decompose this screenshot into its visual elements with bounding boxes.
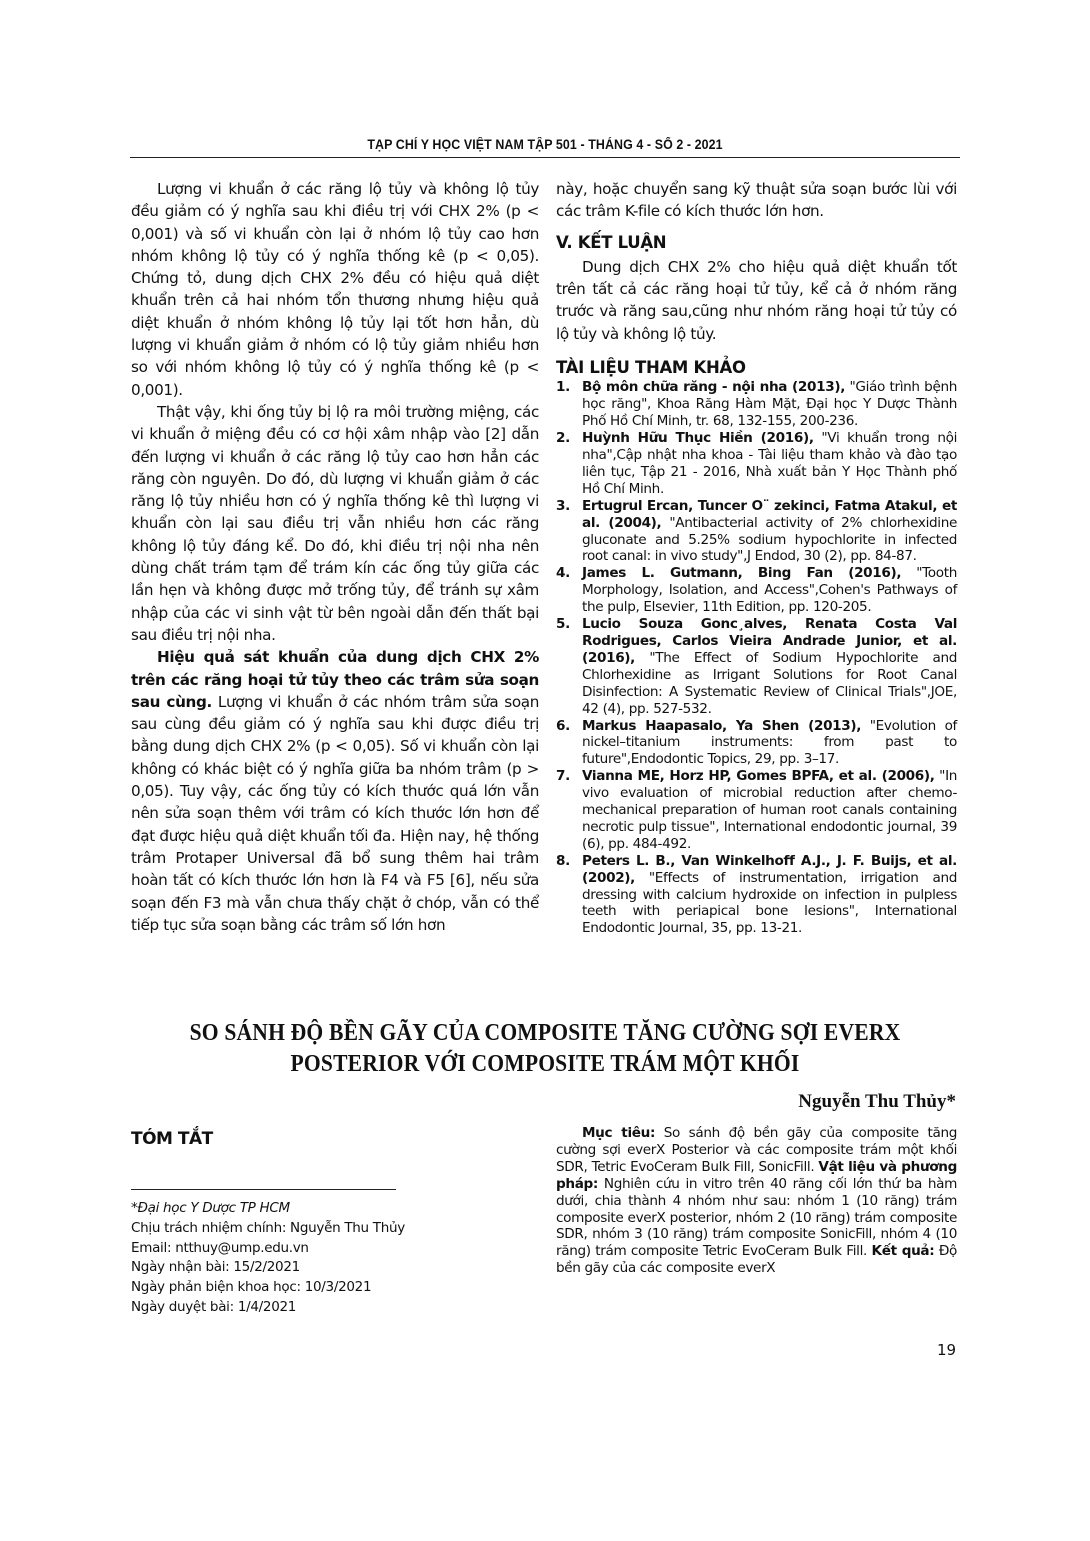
paragraph: Thật vậy, khi ống tủy bị lộ ra môi trườn…: [131, 401, 539, 646]
right-column: này, hoặc chuyển sang kỹ thuật sửa soạn …: [556, 178, 957, 937]
reference-details: "The Effect of Sodium Hypochlorite and C…: [582, 650, 957, 717]
article-title-line: SO SÁNH ĐỘ BỀN GÃY CỦA COMPOSITE TĂNG CƯ…: [181, 1018, 910, 1049]
left-column: Lượng vi khuẩn ở các răng lộ tủy và khôn…: [131, 178, 539, 936]
reference-number: 8.: [556, 853, 570, 870]
running-header: TẠP CHÍ Y HỌC VIỆT NAM TẬP 501 - THÁNG 4…: [163, 137, 927, 152]
paragraph-body: Lượng vi khuẩn ở các nhóm trâm sửa soạn …: [131, 693, 539, 934]
date-received: Ngày nhận bài: 15/2/2021: [131, 1258, 531, 1278]
article-author: Nguyễn Thu Thủy*: [798, 1091, 956, 1113]
reference-number: 3.: [556, 498, 570, 515]
reference-item: 5.Lucio Souza Gonc¸alves, Renata Costa V…: [556, 616, 957, 717]
article-title-line: POSTERIOR VỚI COMPOSITE TRÁM MỘT KHỐI: [181, 1049, 910, 1080]
reference-item: 1.Bộ môn chữa răng - nội nha (2013), "Gi…: [556, 379, 957, 430]
reference-item: 7.Vianna ME, Horz HP, Gomes BPFA, et al.…: [556, 768, 957, 853]
date-accepted: Ngày duyệt bài: 1/4/2021: [131, 1298, 531, 1318]
date-reviewed: Ngày phản biện khoa học: 10/3/2021: [131, 1278, 531, 1298]
reference-authors: James L. Gutmann, Bing Fan (2016),: [582, 565, 901, 581]
journal-page: TẠP CHÍ Y HỌC VIỆT NAM TẬP 501 - THÁNG 4…: [0, 0, 1090, 1541]
reference-authors: Vianna ME, Horz HP, Gomes BPFA, et al. (…: [582, 768, 935, 784]
footnote: *Đại học Y Dược TP HCM Chịu trách nhiệm …: [131, 1199, 531, 1318]
reference-number: 1.: [556, 379, 570, 396]
abstract-body: Mục tiêu: So sánh độ bền gãy của composi…: [556, 1125, 957, 1277]
reference-list: 1.Bộ môn chữa răng - nội nha (2013), "Gi…: [556, 379, 957, 937]
reference-number: 6.: [556, 718, 570, 735]
reference-authors: Huỳnh Hữu Thục Hiền (2016),: [582, 430, 814, 446]
paragraph: Hiệu quả sát khuẩn của dung dịch CHX 2% …: [131, 646, 539, 936]
references-heading: TÀI LIỆU THAM KHẢO: [556, 357, 957, 379]
abstract-heading: TÓM TẮT: [131, 1129, 213, 1149]
reference-item: 4.James L. Gutmann, Bing Fan (2016), "To…: [556, 565, 957, 616]
abstract-label-results: Kết quả:: [872, 1243, 935, 1259]
reference-number: 7.: [556, 768, 570, 785]
conclusion-heading: V. KẾT LUẬN: [556, 232, 957, 254]
reference-item: 2.Huỳnh Hữu Thục Hiền (2016), "Vi khuẩn …: [556, 430, 957, 498]
reference-number: 4.: [556, 565, 570, 582]
reference-number: 5.: [556, 616, 570, 633]
footnote-rule: [131, 1189, 396, 1190]
abstract-label-objective: Mục tiêu:: [582, 1125, 655, 1141]
reference-item: 3.Ertugrul Ercan, Tuncer O¨ zekinci, Fat…: [556, 498, 957, 566]
reference-details: "Effects of instrumentation, irrigation …: [582, 870, 957, 937]
header-rule: [130, 157, 960, 158]
email: Email: ntthuy@ump.edu.vn: [131, 1239, 531, 1259]
reference-number: 2.: [556, 430, 570, 447]
article-title: SO SÁNH ĐỘ BỀN GÃY CỦA COMPOSITE TĂNG CƯ…: [181, 1018, 910, 1080]
abstract-paragraph: Mục tiêu: So sánh độ bền gãy của composi…: [556, 1125, 957, 1277]
reference-authors: Markus Haapasalo, Ya Shen (2013),: [582, 718, 861, 734]
corresponding-author: Chịu trách nhiệm chính: Nguyễn Thu Thủy: [131, 1219, 531, 1239]
paragraph: Lượng vi khuẩn ở các răng lộ tủy và khôn…: [131, 178, 539, 401]
reference-authors: Bộ môn chữa răng - nội nha (2013),: [582, 379, 845, 395]
conclusion-paragraph: Dung dịch CHX 2% cho hiệu quả diệt khuẩn…: [556, 256, 957, 345]
reference-item: 8.Peters L. B., Van Winkelhoff A.J., J. …: [556, 853, 957, 938]
paragraph-continuation: này, hoặc chuyển sang kỹ thuật sửa soạn …: [556, 178, 957, 223]
affiliation: *Đại học Y Dược TP HCM: [131, 1199, 531, 1219]
reference-item: 6.Markus Haapasalo, Ya Shen (2013), "Evo…: [556, 718, 957, 769]
page-number: 19: [937, 1341, 956, 1359]
